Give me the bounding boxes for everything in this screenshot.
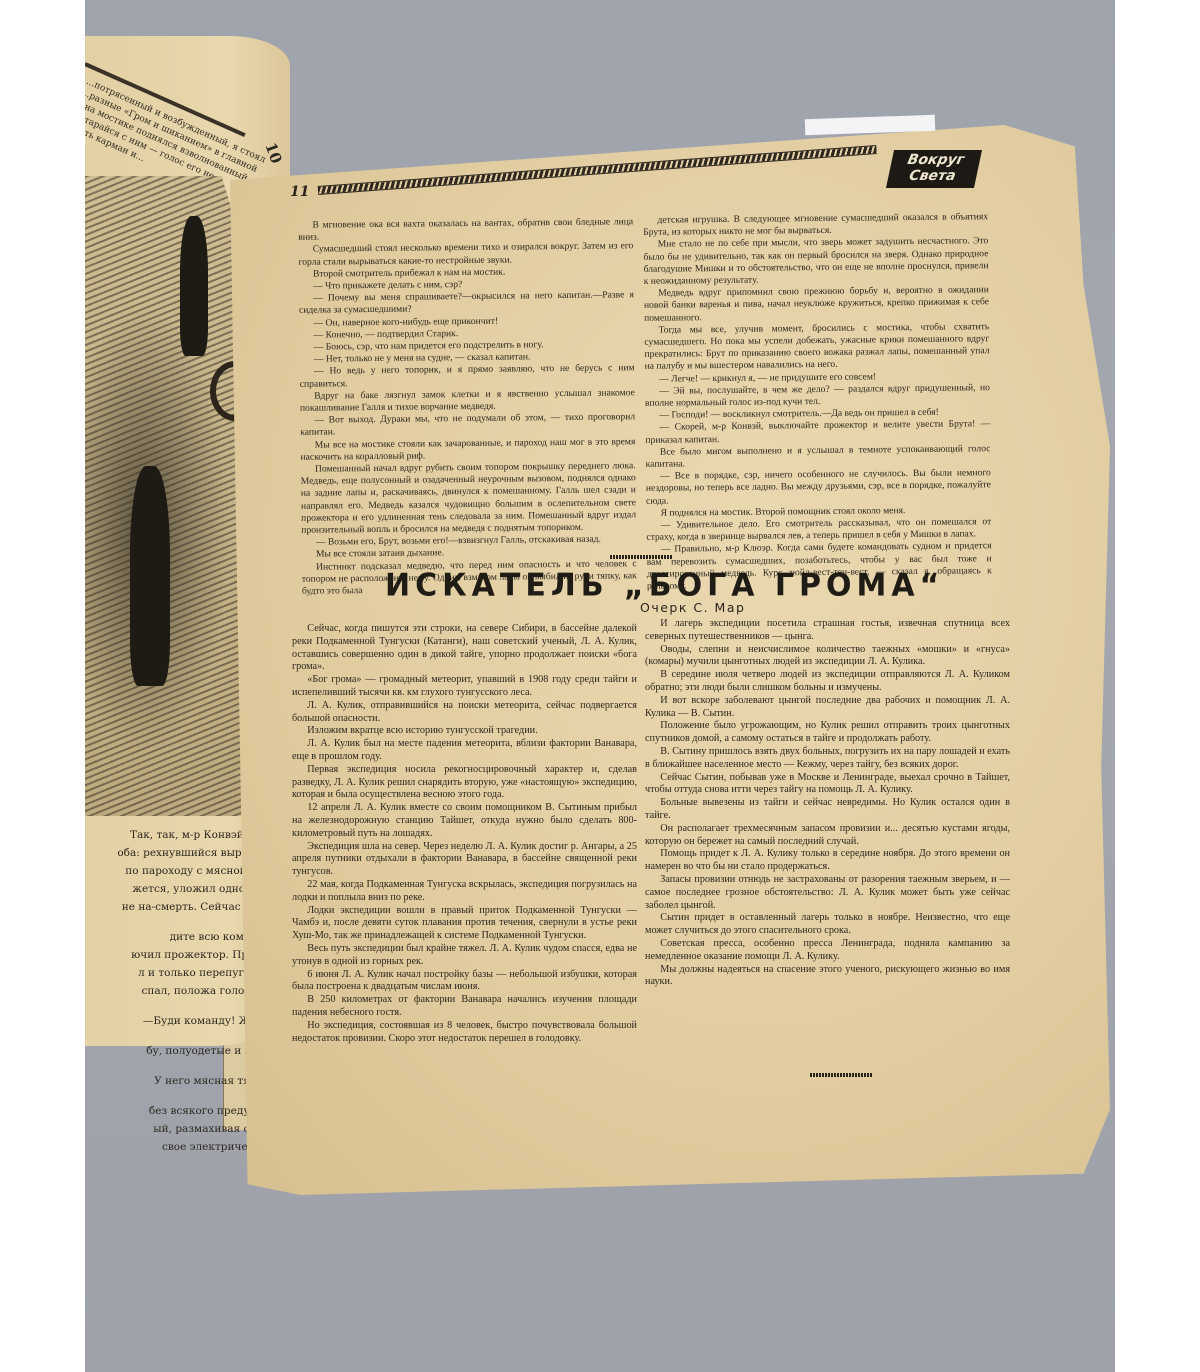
paragraph: Положение было угрожающим, но Кулик реши…	[645, 720, 1010, 746]
paragraph: Сумасшедший стоял несколько времени тихо…	[298, 241, 633, 269]
section-divider	[610, 555, 672, 559]
paragraph: В 250 километрах от фактории Ванавара на…	[292, 994, 637, 1020]
article-title: ИСКАТЕЛЬ „БОГА ГРОМА“	[385, 567, 945, 604]
article-column-2: И лагерь экспедиции посетила страшная го…	[645, 618, 1010, 989]
paragraph: Мы должны надеяться на спасение этого уч…	[645, 964, 1010, 990]
paragraph: Мы все на мостике стояли как зачарованны…	[300, 436, 635, 464]
page-header: 11 Вокруг Света	[290, 178, 980, 208]
paragraph: Л. А. Кулик был на месте падения метеори…	[292, 738, 637, 764]
paragraph: Лодки экспедиции вошли в правый приток П…	[292, 905, 637, 943]
paragraph: Экспедиция шла на север. Через неделю Л.…	[292, 841, 637, 879]
magazine-logo: Вокруг Света	[886, 150, 982, 188]
paragraph: Сейчас, когда пишутся эти строки, на сев…	[292, 623, 637, 674]
sailor-figure	[180, 216, 208, 356]
paragraph: Помощь придет к Л. А. Кулику только в се…	[645, 848, 1010, 874]
paragraph: Тогда мы все, улучив момент, бросились с…	[644, 321, 989, 373]
paragraph: В. Сытину пришлось взять двух больных, п…	[645, 746, 1010, 772]
paragraph: — Но ведь у него топорик, и я прямо заяв…	[300, 363, 635, 391]
paragraph: Помешанный начал вдруг рубить своим топо…	[301, 460, 637, 537]
paragraph: — Все в порядке, сэр, ничего особенного …	[646, 467, 991, 507]
paragraph: Сытин придет в оставленный лагерь только…	[645, 912, 1010, 938]
paragraph: Медведь вдруг припомнил свою прежнюю бор…	[644, 284, 989, 324]
running-man-figure	[130, 466, 170, 686]
paragraph: — Почему вы меня спрашиваете?—окрысился …	[299, 289, 634, 317]
paragraph: Советская пресса, особенно пресса Ленинг…	[645, 938, 1010, 964]
article-column-1: Сейчас, когда пишутся эти строки, на сев…	[292, 623, 637, 1045]
paragraph: Все было мигом выполнено и я услышал в т…	[645, 443, 990, 471]
paragraph: 22 мая, когда Подкаменная Тунгуска вскры…	[292, 879, 637, 905]
paragraph: Л. А. Кулик, отправившийся на поиски мет…	[292, 700, 637, 726]
paragraph: Вдруг на баке лязгнул замок клетки и я я…	[300, 387, 635, 415]
paragraph: детская игрушка. В следующее мгновение с…	[643, 211, 988, 239]
paragraph: Первая экспедиция носила рекогносцировоч…	[292, 764, 637, 802]
article-byline: Очерк С. Мар	[640, 600, 745, 615]
paragraph: В середине июля четверо людей из экспеди…	[645, 669, 1010, 695]
paragraph: 12 апреля Л. А. Кулик вместе со своим по…	[292, 802, 637, 840]
paragraph: Мне стало не по себе при мысли, что звер…	[643, 236, 988, 288]
paragraph: И лагерь экспедиции посетила страшная го…	[645, 618, 1010, 644]
story-column-2: детская игрушка. В следующее мгновение с…	[643, 211, 992, 593]
paragraph: Он располагает трехмесячным запасом пров…	[645, 823, 1010, 849]
paragraph: В мгновение ока вся вахта оказалась на в…	[298, 216, 633, 244]
paragraph: Больные вывезены из тайги и сейчас невре…	[645, 797, 1010, 823]
article-end-divider	[810, 1073, 872, 1077]
paragraph: — Эй вы, послушайте, в чем же дело? — ра…	[645, 382, 990, 410]
paragraph: Весь путь экспедиции был крайне тяжел. Л…	[292, 943, 637, 969]
paragraph: Изложим вкратце всю историю тунгусской т…	[292, 725, 637, 738]
paragraph: И вот вскоре заболевают цынгой последние…	[645, 695, 1010, 721]
paragraph: Но экспедиция, состоявшая из 8 человек, …	[292, 1020, 637, 1046]
paragraph: Сейчас Сытин, побывав уже в Москве и Лен…	[645, 772, 1010, 798]
paragraph: 6 июня Л. А. Кулик начал постройку базы …	[292, 969, 637, 995]
story-column-1: В мгновение ока вся вахта оказалась на в…	[298, 216, 637, 598]
photo-background: 10 ...потрясенный и возбужденный, я стоя…	[85, 0, 1115, 1372]
paragraph: Оводы, слепни и неисчислимое количество …	[645, 644, 1010, 670]
paragraph: — Скорей, м-р Конвэй, выключайте прожект…	[645, 419, 990, 447]
page-number: 11	[290, 184, 309, 200]
paragraph: «Бог грома» — громадный метеорит, упавши…	[292, 674, 637, 700]
paragraph: — Вот выход. Дураки мы, что не подумали …	[300, 411, 635, 439]
paragraph: — Удивительное дело. Его смотритель расс…	[646, 516, 991, 544]
paragraph: Запасы провизии отнюдь не застрахованы о…	[645, 874, 1010, 912]
